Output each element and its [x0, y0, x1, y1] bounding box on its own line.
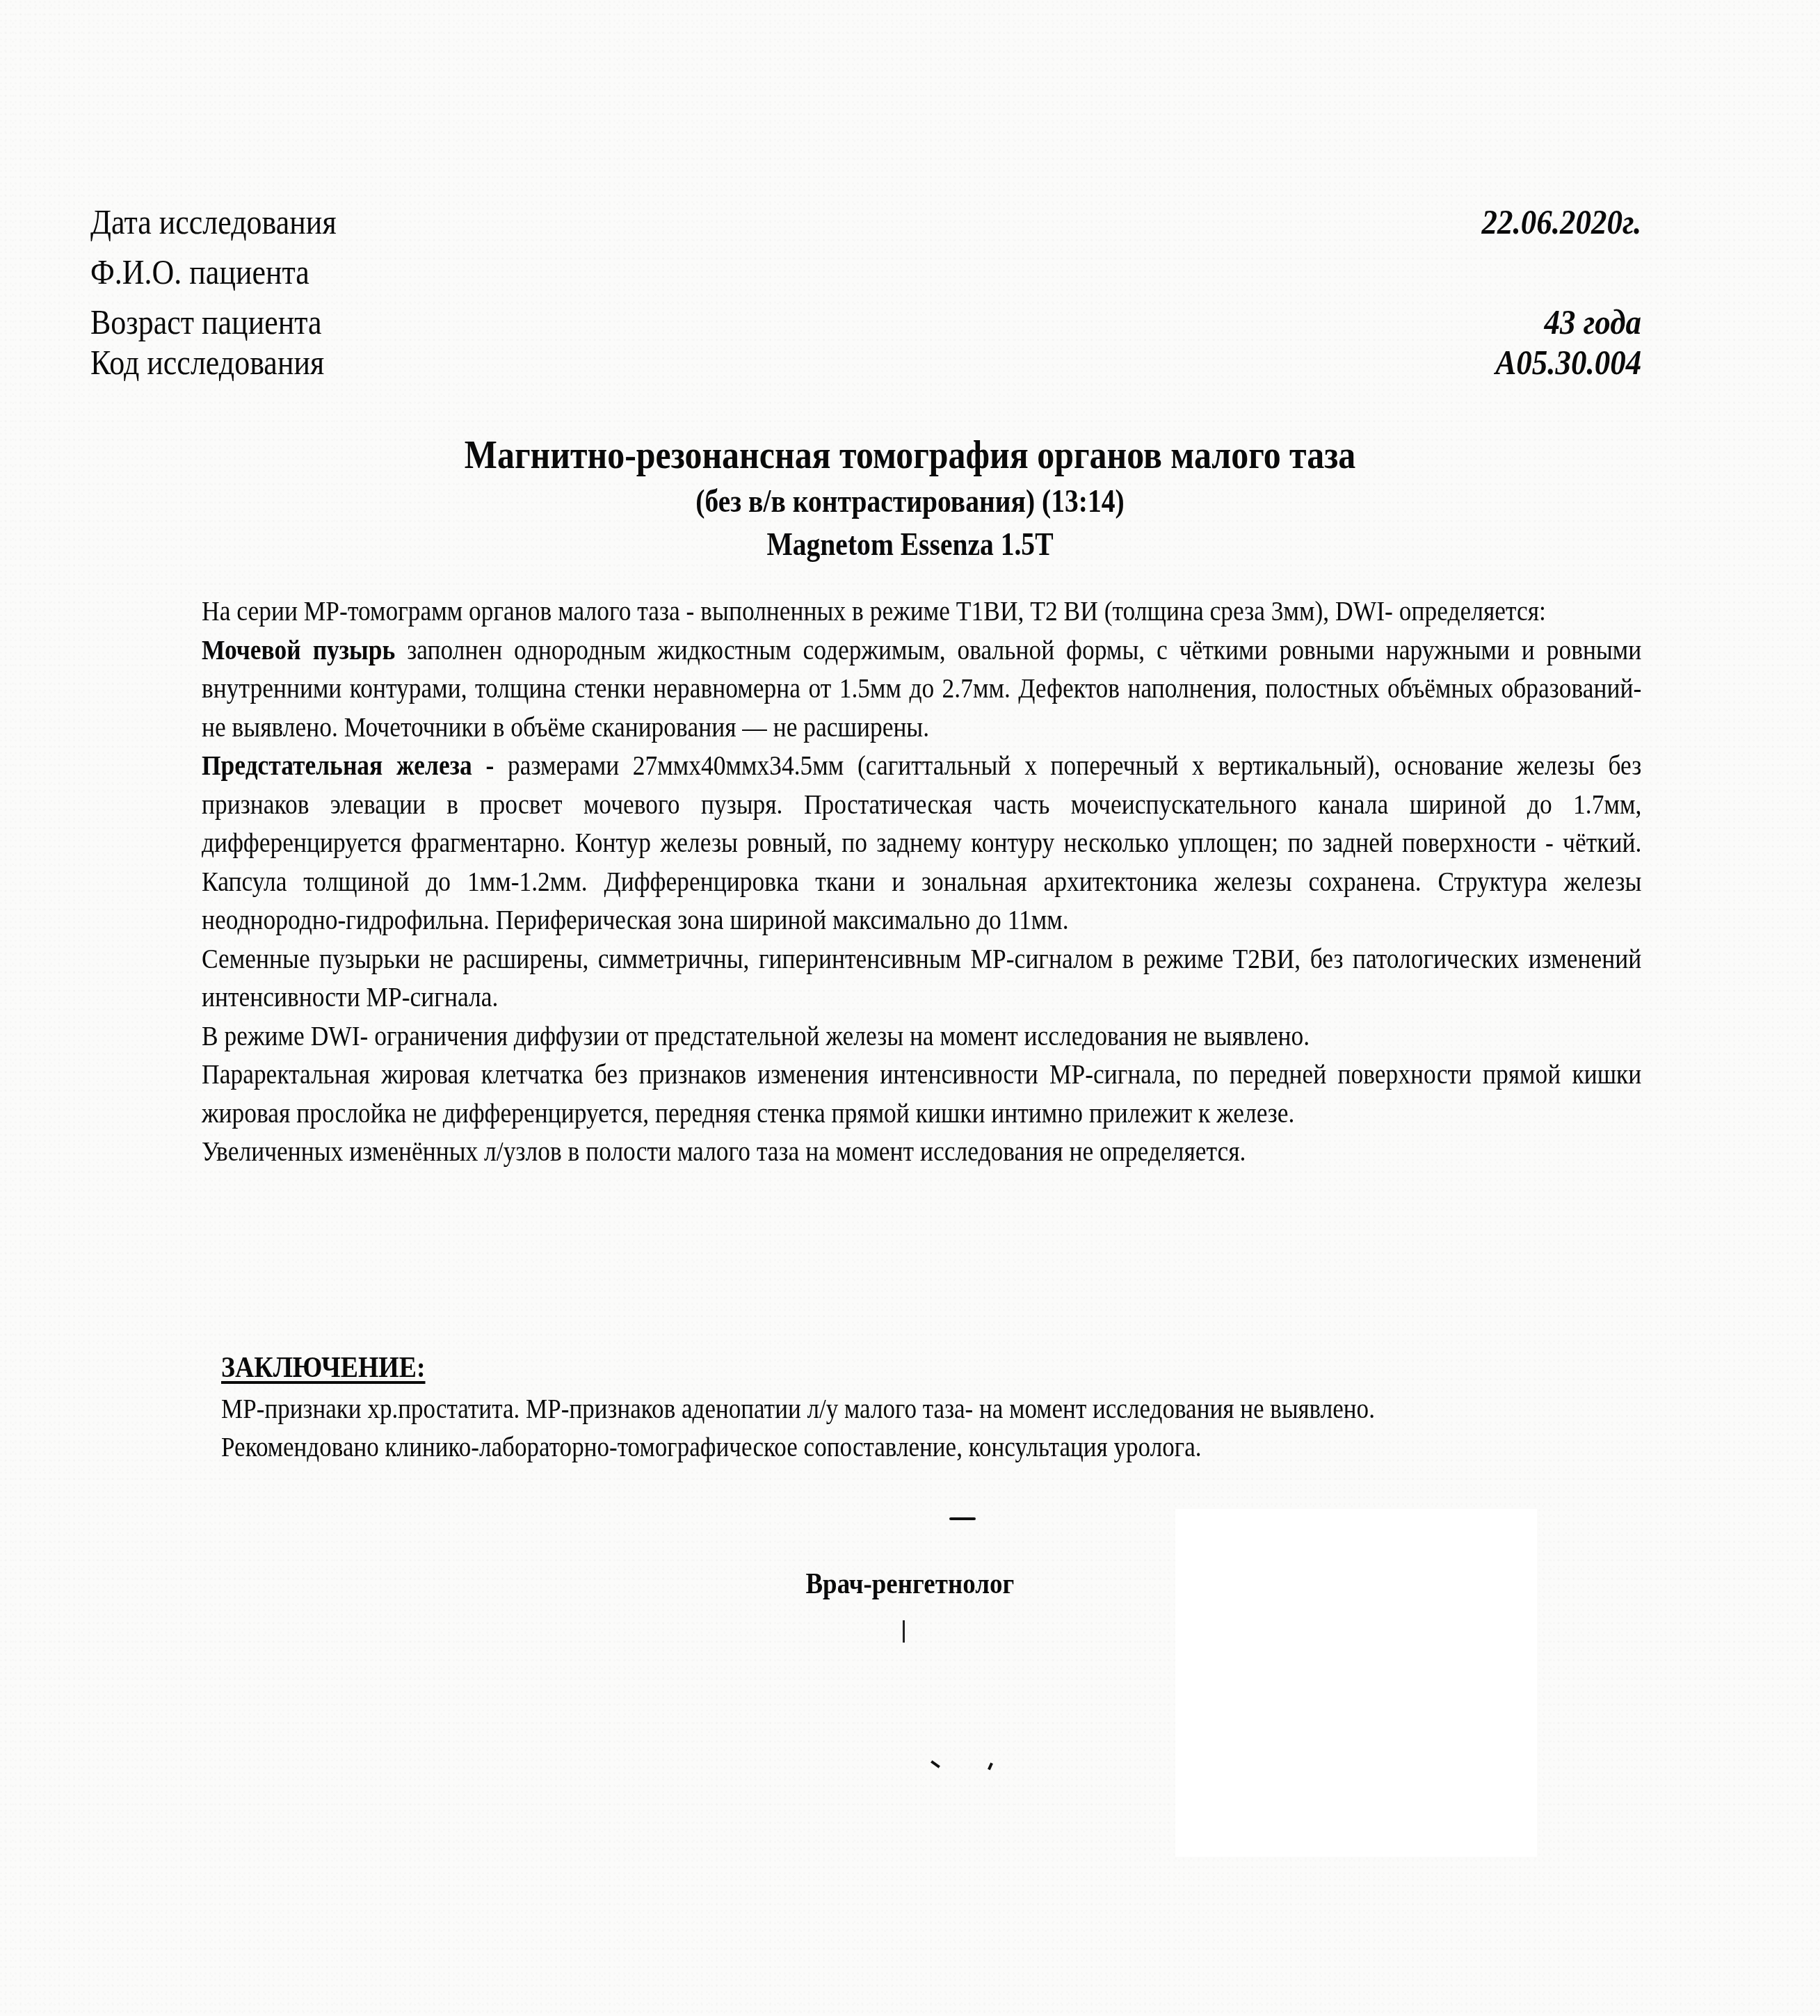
stamp-fragment [949, 1517, 976, 1520]
conclusion-text: МР-признаки хр.простатита. МР-признаков … [221, 1390, 1611, 1428]
study-date-value: 22.06.2020г. [1481, 198, 1641, 245]
prostate-heading: Предстательная железа - [202, 751, 494, 781]
stamp-fragment [931, 1760, 940, 1768]
scanner-model: Magnetom Essenza 1.5T [127, 523, 1693, 566]
prostate-paragraph: Предстательная железа - размерами 27ммх4… [202, 747, 1641, 940]
report-subtitle: (без в/в контрастирования) (13:14) [127, 480, 1693, 523]
signature-block: Врач-ренгетнолог [0, 1567, 1820, 1601]
conclusion-heading: ЗАКЛЮЧЕНИЕ: [221, 1349, 1611, 1387]
conclusion-section: ЗАКЛЮЧЕНИЕ: МР-признаки хр.простатита. М… [221, 1349, 1612, 1467]
findings-intro: На серии МР-томограмм органов малого таз… [202, 592, 1641, 631]
patient-name-row: Ф.И.О. пациента [90, 248, 1641, 296]
dwi-paragraph: В режиме DWI- ограничения диффузии от пр… [202, 1017, 1641, 1056]
recommendation-text: Рекомендовано клинико-лабораторно-томогр… [221, 1428, 1611, 1467]
doctor-role: Врач-ренгетнолог [806, 1567, 1015, 1601]
medical-report-page: Дата исследования 22.06.2020г. Ф.И.О. па… [0, 0, 1820, 2016]
findings-section: На серии МР-томограмм органов малого таз… [202, 592, 1641, 1172]
study-code-row: Код исследования A05.30.004 [90, 339, 1641, 386]
study-date-row: Дата исследования 22.06.2020г. [90, 198, 1641, 245]
patient-name-label: Ф.И.О. пациента [90, 248, 309, 296]
pararectal-paragraph: Параректальная жировая клетчатка без при… [202, 1056, 1641, 1133]
redacted-signature-area [1175, 1509, 1537, 1857]
bladder-heading: Мочевой пузырь [202, 636, 395, 666]
study-code-label: Код исследования [90, 339, 324, 386]
study-code-value: A05.30.004 [1495, 339, 1641, 386]
study-date-label: Дата исследования [90, 198, 337, 245]
lymph-nodes-paragraph: Увеличенных изменённых л/узлов в полости… [202, 1133, 1641, 1172]
stamp-fragment [903, 1620, 905, 1643]
patient-info-header: Дата исследования 22.06.2020г. Ф.И.О. па… [90, 198, 1641, 387]
stamp-fragment [988, 1763, 993, 1771]
bladder-paragraph: Мочевой пузырь заполнен однородным жидко… [202, 631, 1641, 748]
seminal-vesicles-paragraph: Семенные пузырьки не расширены, симметри… [202, 940, 1641, 1017]
report-title-block: Магнитно-резонансная томография органов … [0, 430, 1820, 566]
report-title: Магнитно-резонансная томография органов … [127, 430, 1693, 480]
bladder-text: заполнен однородным жидкостным содержимы… [202, 636, 1641, 743]
